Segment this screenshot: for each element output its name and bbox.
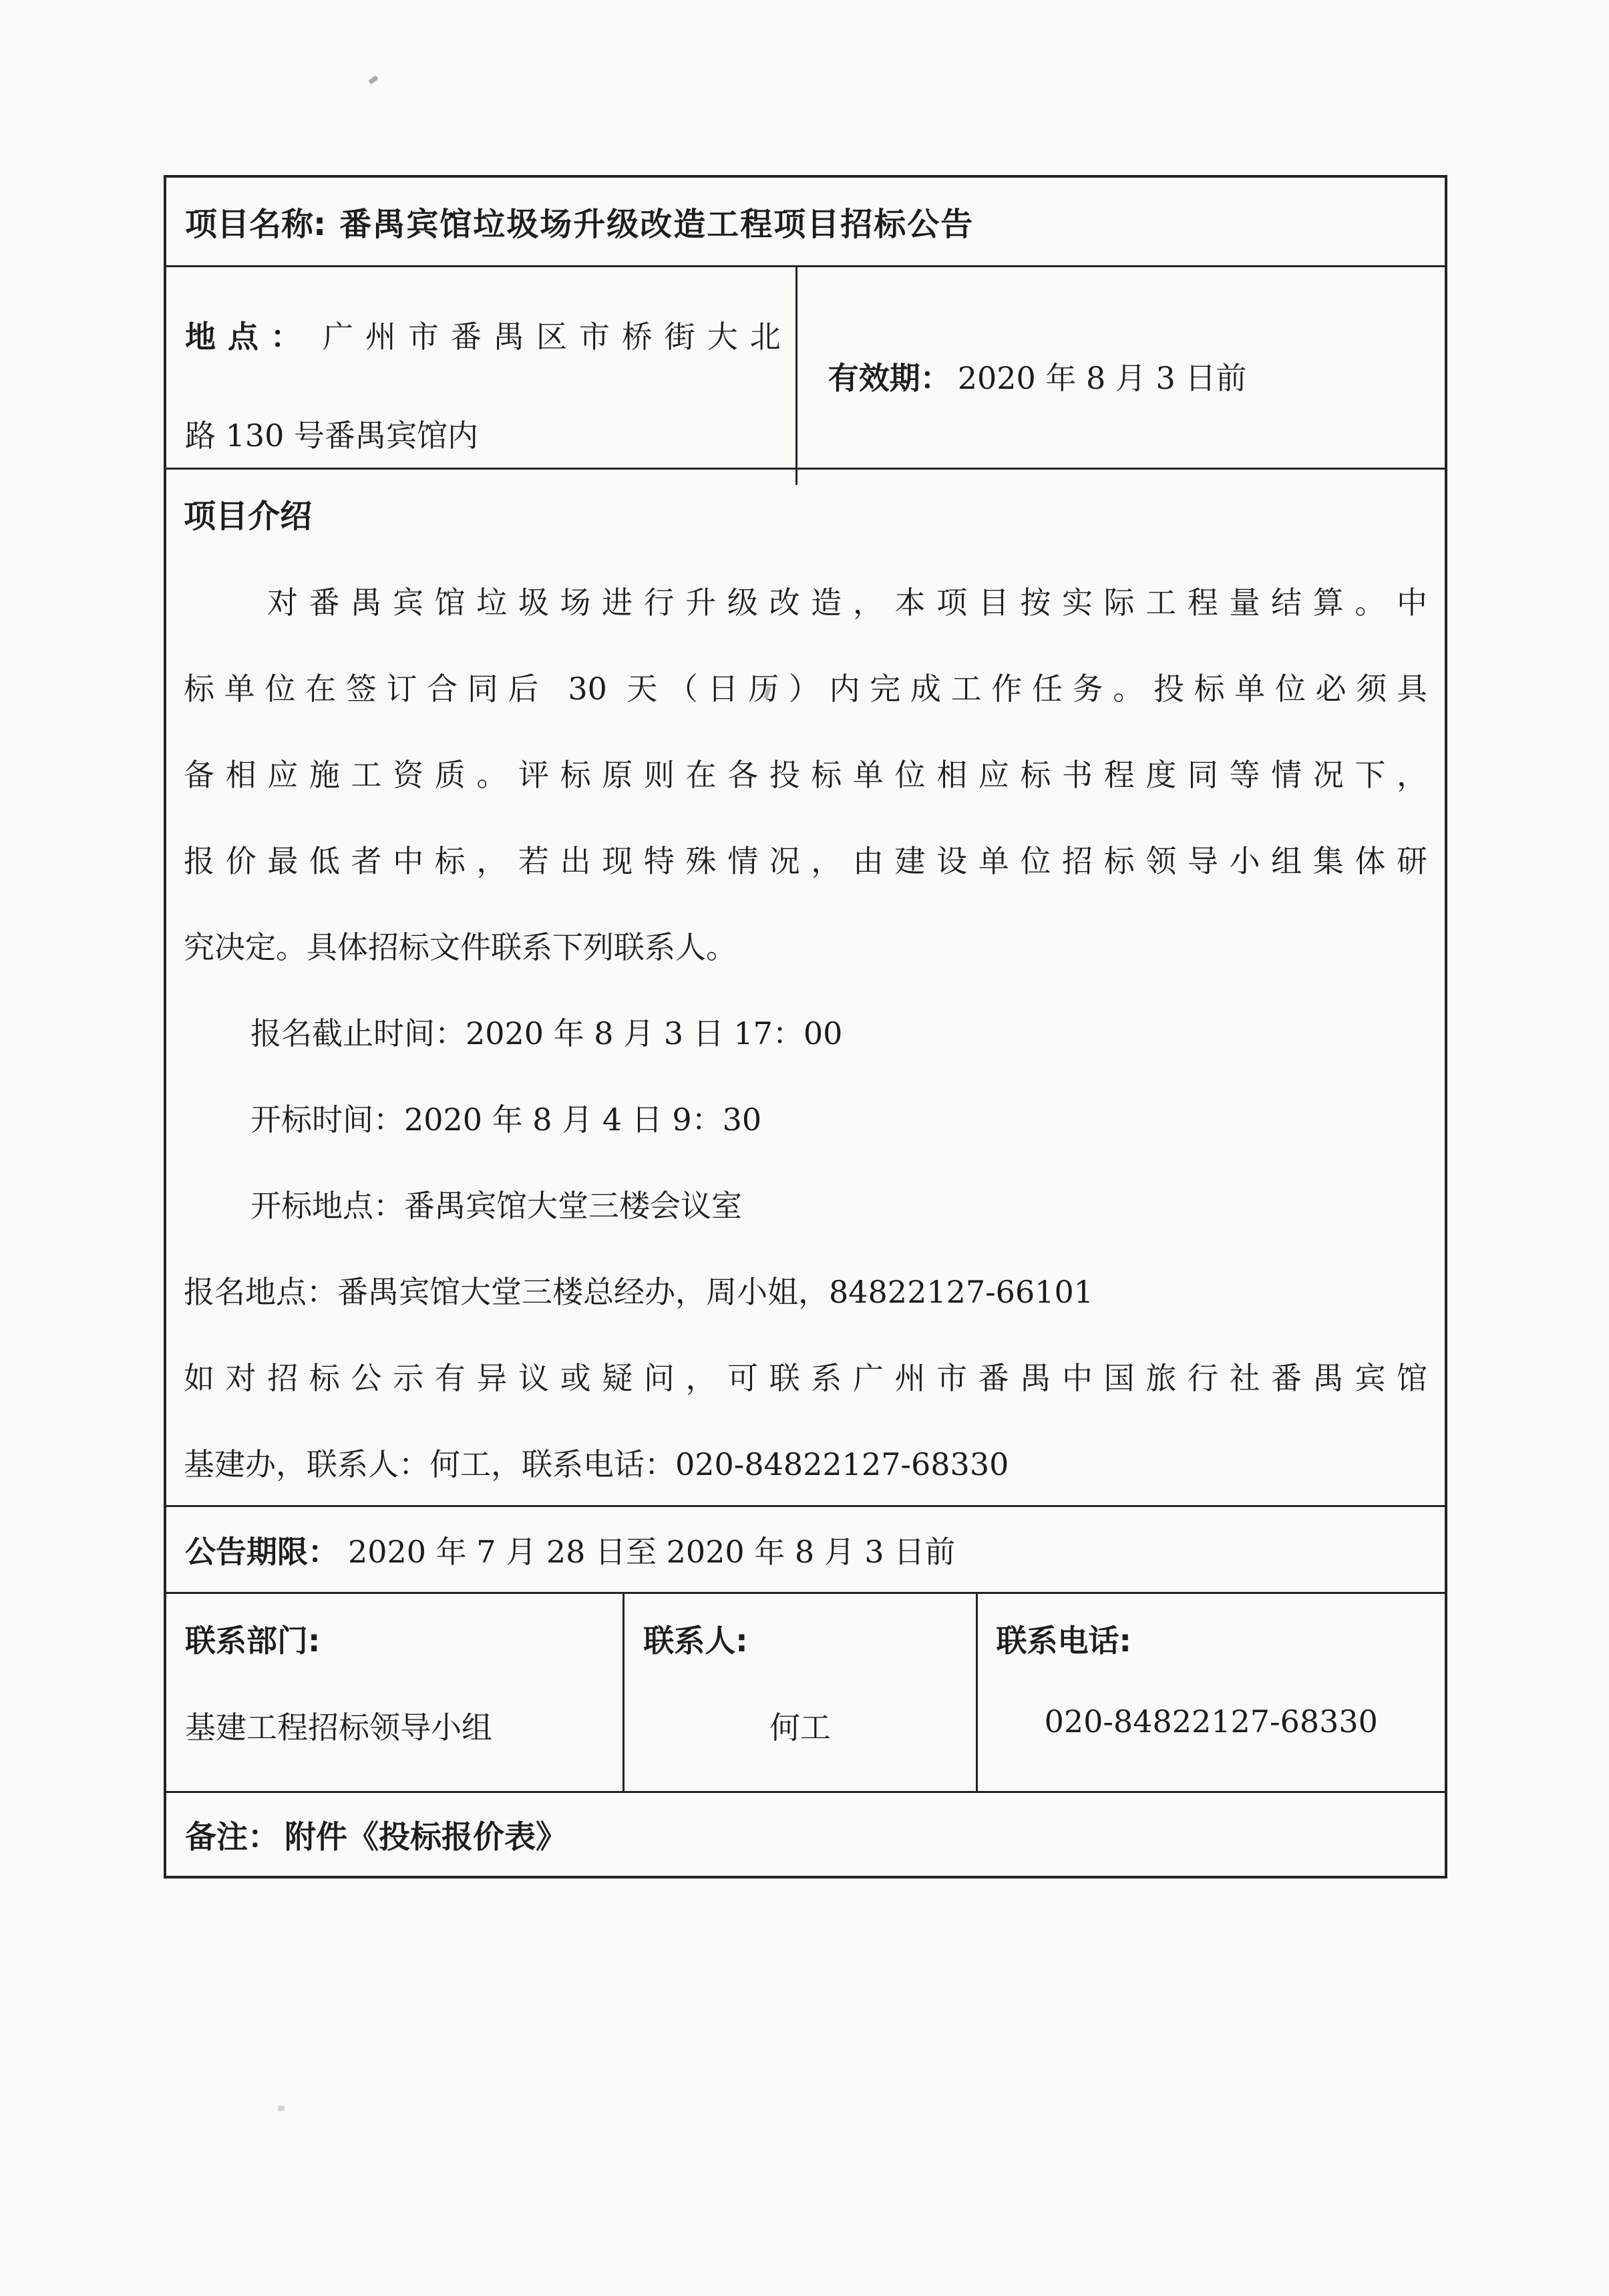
contact-dept-cell: 联系部门: 基建工程招标领导小组: [166, 1594, 622, 1791]
intro-line: 基建办，联系人：何工，联系电话：020-84822127-68330: [184, 1422, 1427, 1505]
intro-line-bid-opening-place: 开标地点：番禺宾馆大堂三楼会议室: [184, 1163, 1427, 1249]
tender-announcement-table: 项目名称: 番禺宾馆垃圾场升级改造工程项目招标公告 地点：广州市番禺区市桥街大北…: [164, 175, 1447, 1878]
remark-label: 备注：: [185, 1812, 279, 1857]
location-line-1: 地点：广州市番禺区市桥街大北: [185, 287, 781, 386]
remark-value: 附件《投标报价表》: [285, 1812, 567, 1857]
location-label: 地点：: [185, 319, 313, 355]
notice-period-label: 公告期限：: [185, 1528, 339, 1572]
scan-speck: [368, 75, 378, 85]
intro-line: 报价最低者中标，若出现特殊情况，由建设单位招标领导小组集体研: [184, 818, 1427, 905]
project-intro-cell: 项目介绍 对番禺宾馆垃圾场进行升级改造，本项目按实际工程量结算。中 标单位在签订…: [166, 468, 1445, 1505]
contact-dept-value: 基建工程招标领导小组: [166, 1703, 622, 1748]
intro-line-signup-place: 报名地点：番禺宾馆大堂三楼总经办，周小姐，84822127-66101: [184, 1249, 1427, 1335]
scan-speck: [278, 2106, 285, 2111]
contact-person-cell: 联系人: 何工: [622, 1594, 975, 1791]
intro-line-signup-deadline: 报名截止时间：2020 年 8 月 3 日 17：00: [184, 991, 1427, 1077]
notice-period-value: 2020 年 7 月 28 日至 2020 年 8 月 3 日前: [348, 1528, 955, 1572]
intro-line: 备相应施工资质。评标原则在各投标单位相应标书程度同等情况下，: [184, 732, 1427, 818]
project-name-value: 番禺宾馆垃圾场升级改造工程项目招标公告: [339, 198, 974, 244]
project-name-label: 项目名称:: [185, 198, 326, 244]
remark-row: 备注： 附件《投标报价表》: [166, 1791, 1445, 1876]
contact-dept-label: 联系部门:: [166, 1617, 622, 1661]
location-cell: 地点：广州市番禺区市桥街大北 路 130 号番禺宾馆内: [166, 267, 795, 485]
intro-line: 究决定。具体招标文件联系下列联系人。: [184, 905, 1427, 991]
intro-line: 标单位在签订合同后 30 天（日历）内完成工作任务。投标单位必须具: [184, 646, 1427, 732]
location-validity-row: 地点：广州市番禺区市桥街大北 路 130 号番禺宾馆内 有效期： 2020 年 …: [166, 265, 1445, 468]
contact-phone-label: 联系电话:: [978, 1617, 1445, 1661]
project-name-row: 项目名称: 番禺宾馆垃圾场升级改造工程项目招标公告: [166, 178, 1445, 265]
validity-value: 2020 年 8 月 3 日前: [958, 354, 1247, 398]
validity-label: 有效期：: [828, 354, 951, 398]
contact-person-value: 何工: [624, 1703, 975, 1748]
intro-line-bid-opening-time: 开标时间：2020 年 8 月 4 日 9：30: [184, 1077, 1427, 1163]
contact-phone-cell: 联系电话: 020-84822127-68330: [976, 1594, 1445, 1791]
location-value-line1: 广州市番禺区市桥街大北: [323, 319, 781, 355]
validity-cell: 有效期： 2020 年 8 月 3 日前: [795, 267, 1445, 485]
project-intro-heading: 项目介绍: [184, 474, 1427, 560]
contact-phone-value: 020-84822127-68330: [978, 1703, 1445, 1740]
intro-line: 如对招标公示有异议或疑问，可联系广州市番禺中国旅行社番禺宾馆: [184, 1335, 1427, 1422]
contact-person-label: 联系人:: [624, 1617, 975, 1661]
contacts-row: 联系部门: 基建工程招标领导小组 联系人: 何工 联系电话: 020-84822…: [166, 1592, 1445, 1791]
intro-line: 对番禺宾馆垃圾场进行升级改造，本项目按实际工程量结算。中: [184, 560, 1427, 646]
notice-period-row: 公告期限： 2020 年 7 月 28 日至 2020 年 8 月 3 日前: [166, 1505, 1445, 1592]
